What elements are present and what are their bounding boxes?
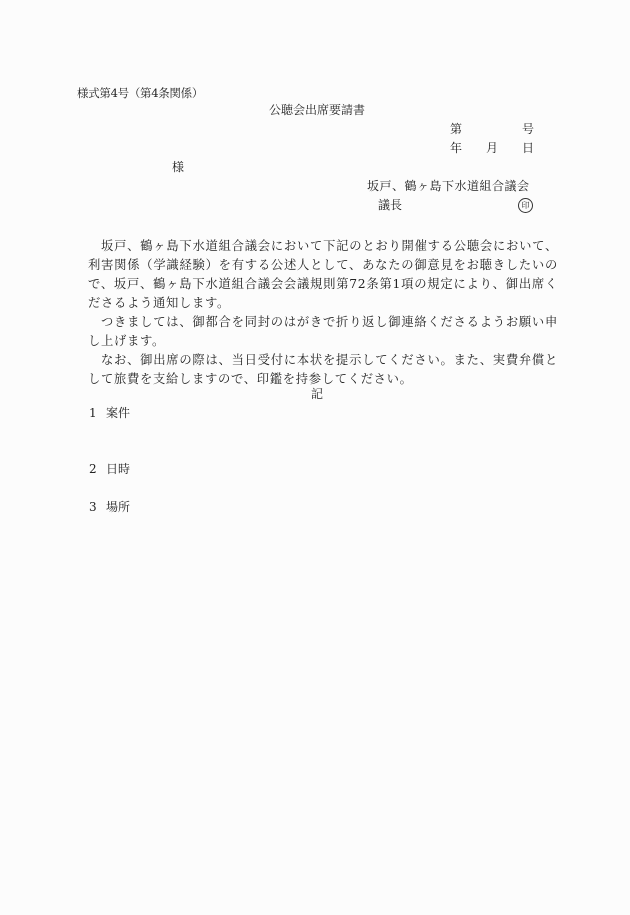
item-label: 場所 xyxy=(106,500,130,514)
date-year: 年 xyxy=(450,141,462,155)
reference-go: 号 xyxy=(522,122,534,136)
date-day: 日 xyxy=(522,141,534,155)
reference-dai: 第 xyxy=(450,122,462,136)
sender-position: 議長 xyxy=(378,198,402,212)
body-text: 坂戸、鶴ヶ島下水道組合議会において下記のとおり開催する公聴会において、利害関係（… xyxy=(88,237,558,389)
body-paragraph: なお、御出席の際は、当日受付に本状を提示してください。また、実費弁償として旅費を… xyxy=(88,351,558,389)
item-label: 案件 xyxy=(106,406,130,420)
body-paragraph: 坂戸、鶴ヶ島下水道組合議会において下記のとおり開催する公聴会において、利害関係（… xyxy=(88,237,558,313)
document-title: 公聴会出席要請書 xyxy=(269,103,365,117)
notes-heading: 記 xyxy=(311,387,323,401)
seal-icon: 印 xyxy=(518,198,533,213)
seal-mark: 印 xyxy=(518,197,533,213)
item-number: 3 xyxy=(89,500,97,514)
sender-organization: 坂戸、鶴ヶ島下水道組合議会 xyxy=(367,179,530,193)
item-label: 日時 xyxy=(106,462,130,476)
body-paragraph: つきましては、御都合を同封のはがきで折り返し御連絡くださるようお願い申し上げます… xyxy=(88,313,558,351)
addressee-suffix: 様 xyxy=(172,160,184,174)
date-month: 月 xyxy=(486,141,498,155)
item-number: 1 xyxy=(89,406,97,420)
form-label: 様式第4号（第4条関係） xyxy=(77,86,203,100)
item-number: 2 xyxy=(89,462,97,476)
